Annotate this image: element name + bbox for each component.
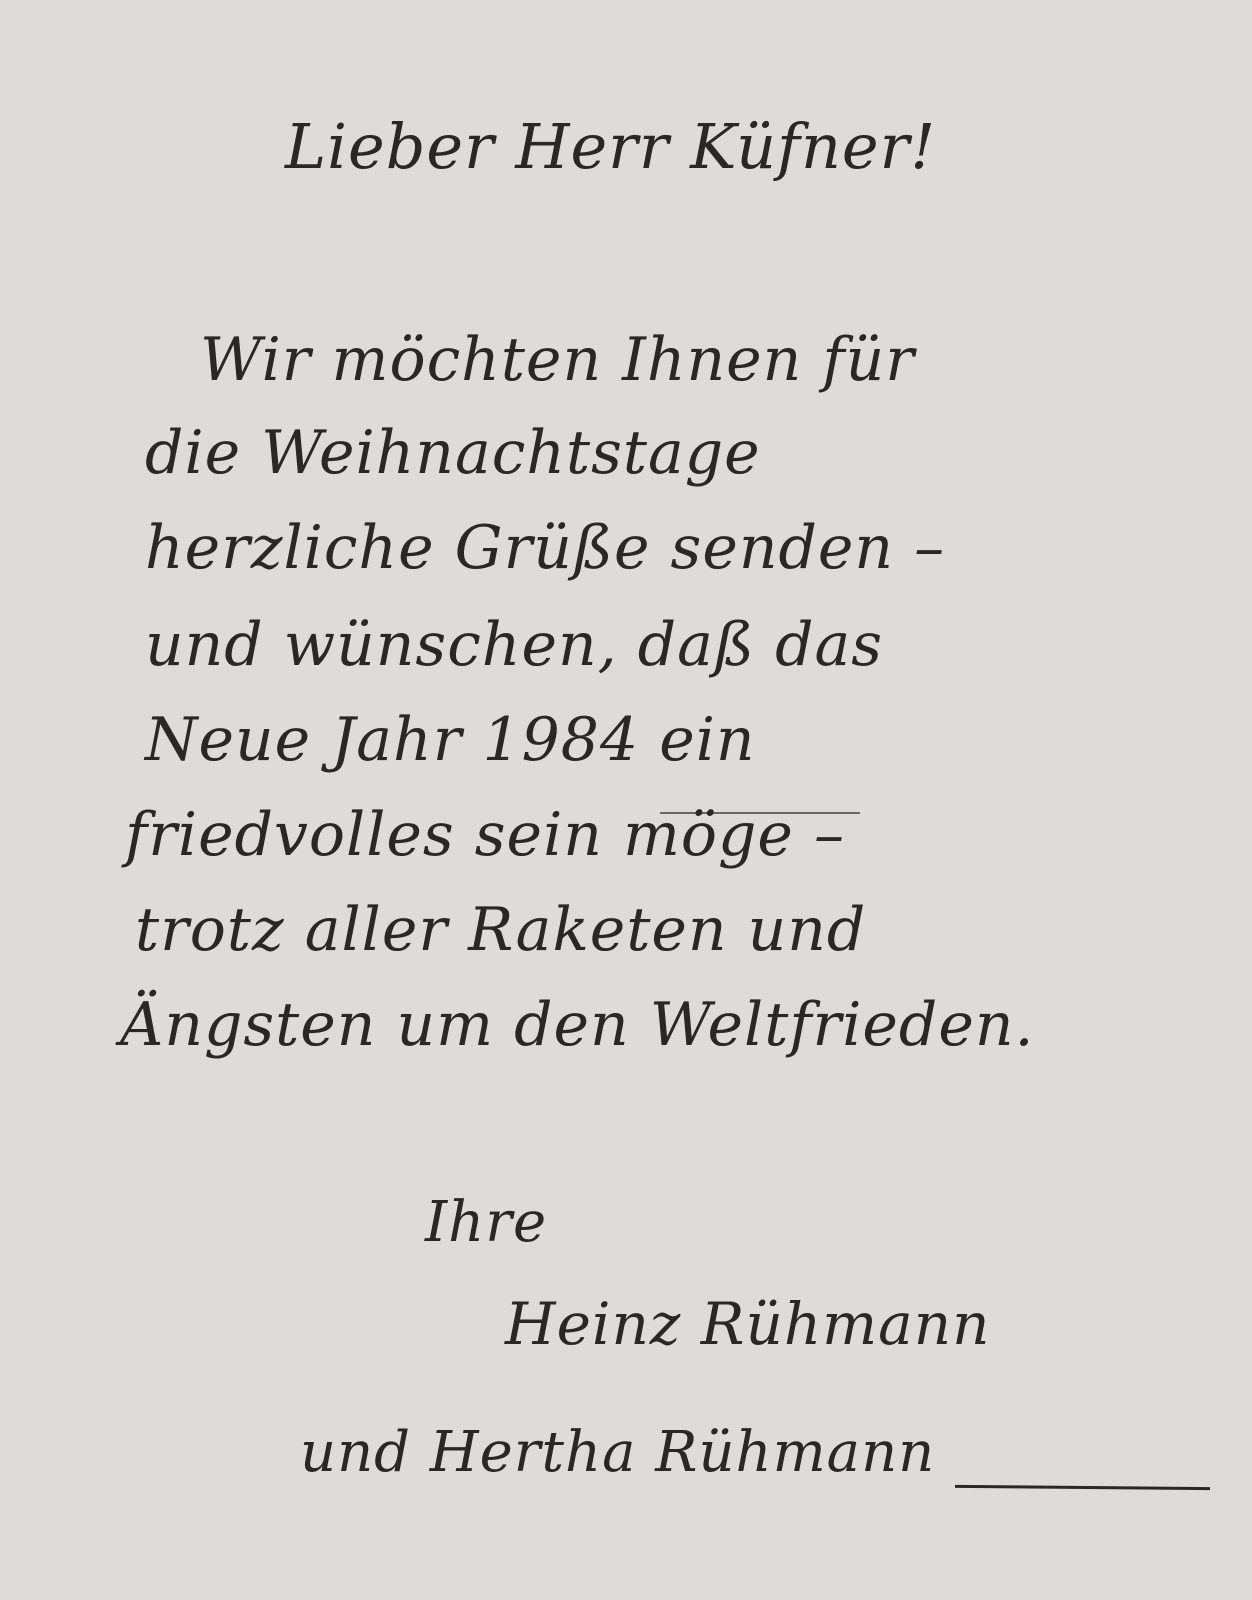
signature-1: Heinz Rühmann (505, 1290, 990, 1358)
letter-body-line: herzliche Grüße senden – (145, 513, 945, 583)
letter-body-line: die Weihnachtstage (145, 418, 761, 488)
letter-body-line: friedvolles sein möge – (125, 800, 845, 870)
letter-body-line: und wünschen, daß das (145, 610, 883, 680)
letter-body-line: Wir möchten Ihnen für (200, 325, 915, 395)
salutation: Lieber Herr Küfner! (285, 110, 936, 183)
letter-body-line: Ängsten um den Weltfrieden. (120, 990, 1035, 1060)
closing: Ihre (425, 1190, 547, 1255)
signature-2: und Hertha Rühmann (300, 1420, 935, 1485)
signature-flourish (955, 1485, 1210, 1490)
letter-body-line: trotz aller Raketen und (135, 895, 866, 965)
letter-body-line: Neue Jahr 1984 ein (145, 705, 756, 775)
